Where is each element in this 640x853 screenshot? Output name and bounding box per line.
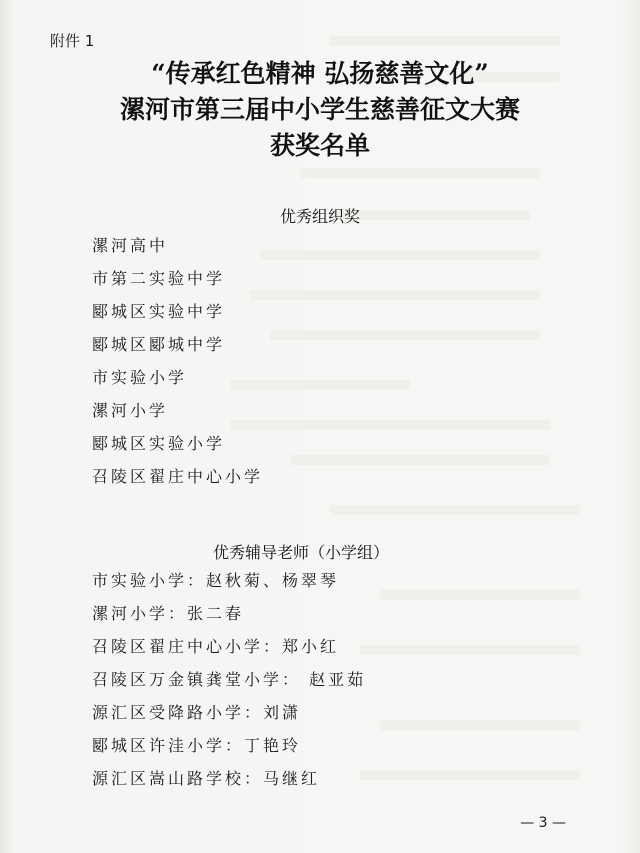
bleed-through [360, 770, 580, 780]
tutor-award-list: 市实验小学：赵秋菊、杨翠琴 漯河小学：张二春 召陵区翟庄中心小学：郑小红 召陵区… [92, 564, 366, 795]
bleed-through [380, 720, 580, 730]
list-item: 源汇区嵩山路学校：马继红 [92, 762, 366, 795]
list-item: 召陵区翟庄中心小学 [92, 460, 263, 493]
title-line-2: 漯河市第三届中小学生慈善征文大赛 [0, 94, 640, 126]
bleed-through [360, 645, 580, 655]
list-item: 漯河小学 [92, 394, 263, 427]
bleed-through [380, 590, 580, 600]
page-number: — 3 — [0, 815, 640, 831]
list-item: 源汇区受降路小学：刘潇 [92, 696, 366, 729]
organization-award-list: 漯河高中 市第二实验中学 郾城区实验中学 郾城区郾城中学 市实验小学 漯河小学 … [92, 229, 263, 493]
list-item: 市实验小学：赵秋菊、杨翠琴 [92, 564, 366, 597]
section-heading-tutor-award: 优秀辅导老师（小学组） [213, 540, 389, 563]
list-item: 漯河高中 [92, 229, 263, 262]
list-item: 市第二实验中学 [92, 262, 263, 295]
bleed-through [230, 420, 550, 430]
list-item: 召陵区翟庄中心小学：郑小红 [92, 630, 366, 663]
title-line-3: 获奖名单 [0, 130, 640, 162]
list-item: 郾城区实验小学 [92, 427, 263, 460]
bleed-through [330, 505, 580, 515]
bleed-through [330, 36, 560, 46]
bleed-through [270, 330, 540, 340]
list-item: 郾城区实验中学 [92, 295, 263, 328]
list-item: 郾城区许洼小学：丁艳玲 [92, 729, 366, 762]
bleed-through [250, 290, 540, 300]
attachment-label: 附件 1 [50, 30, 94, 51]
bleed-through [300, 168, 540, 178]
bleed-through [290, 455, 550, 465]
bleed-through [260, 250, 540, 260]
list-item: 郾城区郾城中学 [92, 328, 263, 361]
list-item: 漯河小学：张二春 [92, 597, 366, 630]
section-heading-organization-award: 优秀组织奖 [0, 204, 640, 227]
list-item: 召陵区万金镇龚堂小学： 赵亚茹 [92, 663, 366, 696]
list-item: 市实验小学 [92, 361, 263, 394]
document-page: 附件 1 “传承红色精神 弘扬慈善文化” 漯河市第三届中小学生慈善征文大赛 获奖… [0, 0, 640, 853]
title-line-1: “传承红色精神 弘扬慈善文化” [0, 58, 640, 90]
